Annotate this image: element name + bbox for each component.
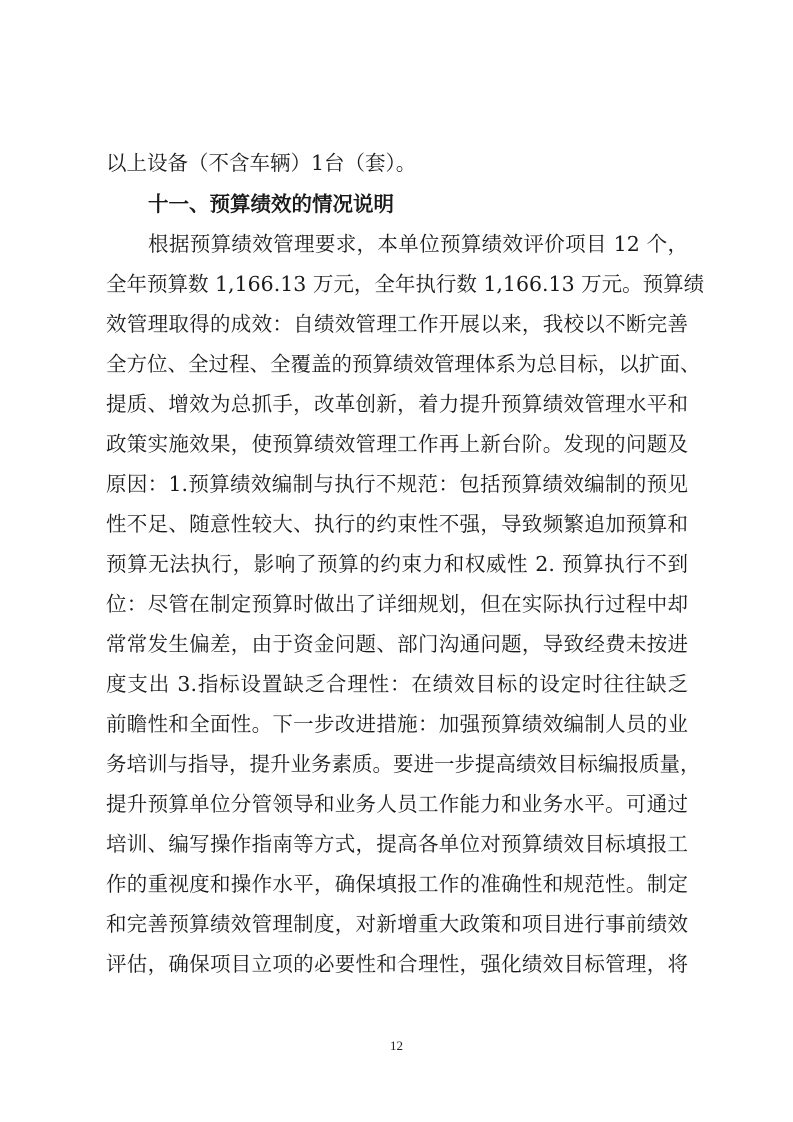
- paragraph-line: 务培训与指导，提升业务素质。要进一步提高绩效目标编报质量，: [106, 744, 688, 784]
- paragraph-line: 前瞻性和全面性。下一步改进措施：加强预算绩效编制人员的业: [106, 704, 688, 744]
- paragraph-line: 根据预算绩效管理要求，本单位预算绩效评价项目 12 个，: [148, 224, 688, 264]
- page-number: 12: [0, 1038, 793, 1054]
- paragraph-line: 效管理取得的成效：自绩效管理工作开展以来，我校以不断完善: [106, 304, 688, 344]
- section-heading: 十一、预算绩效的情况说明: [148, 184, 394, 224]
- paragraph-line: 原因：1.预算绩效编制与执行不规范：包括预算绩效编制的预见: [106, 464, 688, 504]
- paragraph-line: 提质、增效为总抓手，改革创新，着力提升预算绩效管理水平和: [106, 384, 688, 424]
- paragraph-line: 全方位、全过程、全覆盖的预算绩效管理体系为总目标，以扩面、: [106, 344, 688, 384]
- paragraph-line: 评估，确保项目立项的必要性和合理性，强化绩效目标管理，将: [106, 944, 688, 984]
- paragraph-line: 提升预算单位分管领导和业务人员工作能力和业务水平。可通过: [106, 784, 688, 824]
- paragraph-line: 性不足、随意性较大、执行的约束性不强，导致频繁追加预算和: [106, 504, 688, 544]
- paragraph-line: 常常发生偏差，由于资金问题、部门沟通问题，导致经费未按进: [106, 624, 688, 664]
- paragraph-line: 全年预算数 1,166.13 万元，全年执行数 1,166.13 万元。预算绩: [106, 264, 688, 304]
- paragraph-line: 度支出 3.指标设置缺乏合理性：在绩效目标的设定时往往缺乏: [106, 664, 688, 704]
- paragraph-line: 预算无法执行，影响了预算的约束力和权威性 2. 预算执行不到: [106, 544, 688, 584]
- paragraph-line: 培训、编写操作指南等方式，提高各单位对预算绩效目标填报工: [106, 824, 688, 864]
- paragraph-line: 位：尽管在制定预算时做出了详细规划，但在实际执行过程中却: [106, 584, 688, 624]
- document-page: 以上设备（不含车辆）1台（套）。 十一、预算绩效的情况说明 根据预算绩效管理要求…: [0, 0, 793, 1122]
- continuation-line: 以上设备（不含车辆）1台（套）。: [106, 143, 688, 183]
- paragraph-line: 政策实施效果，使预算绩效管理工作再上新台阶。发现的问题及: [106, 424, 688, 464]
- paragraph-line: 和完善预算绩效管理制度，对新增重大政策和项目进行事前绩效: [106, 904, 688, 944]
- paragraph-line: 作的重视度和操作水平，确保填报工作的准确性和规范性。制定: [106, 864, 688, 904]
